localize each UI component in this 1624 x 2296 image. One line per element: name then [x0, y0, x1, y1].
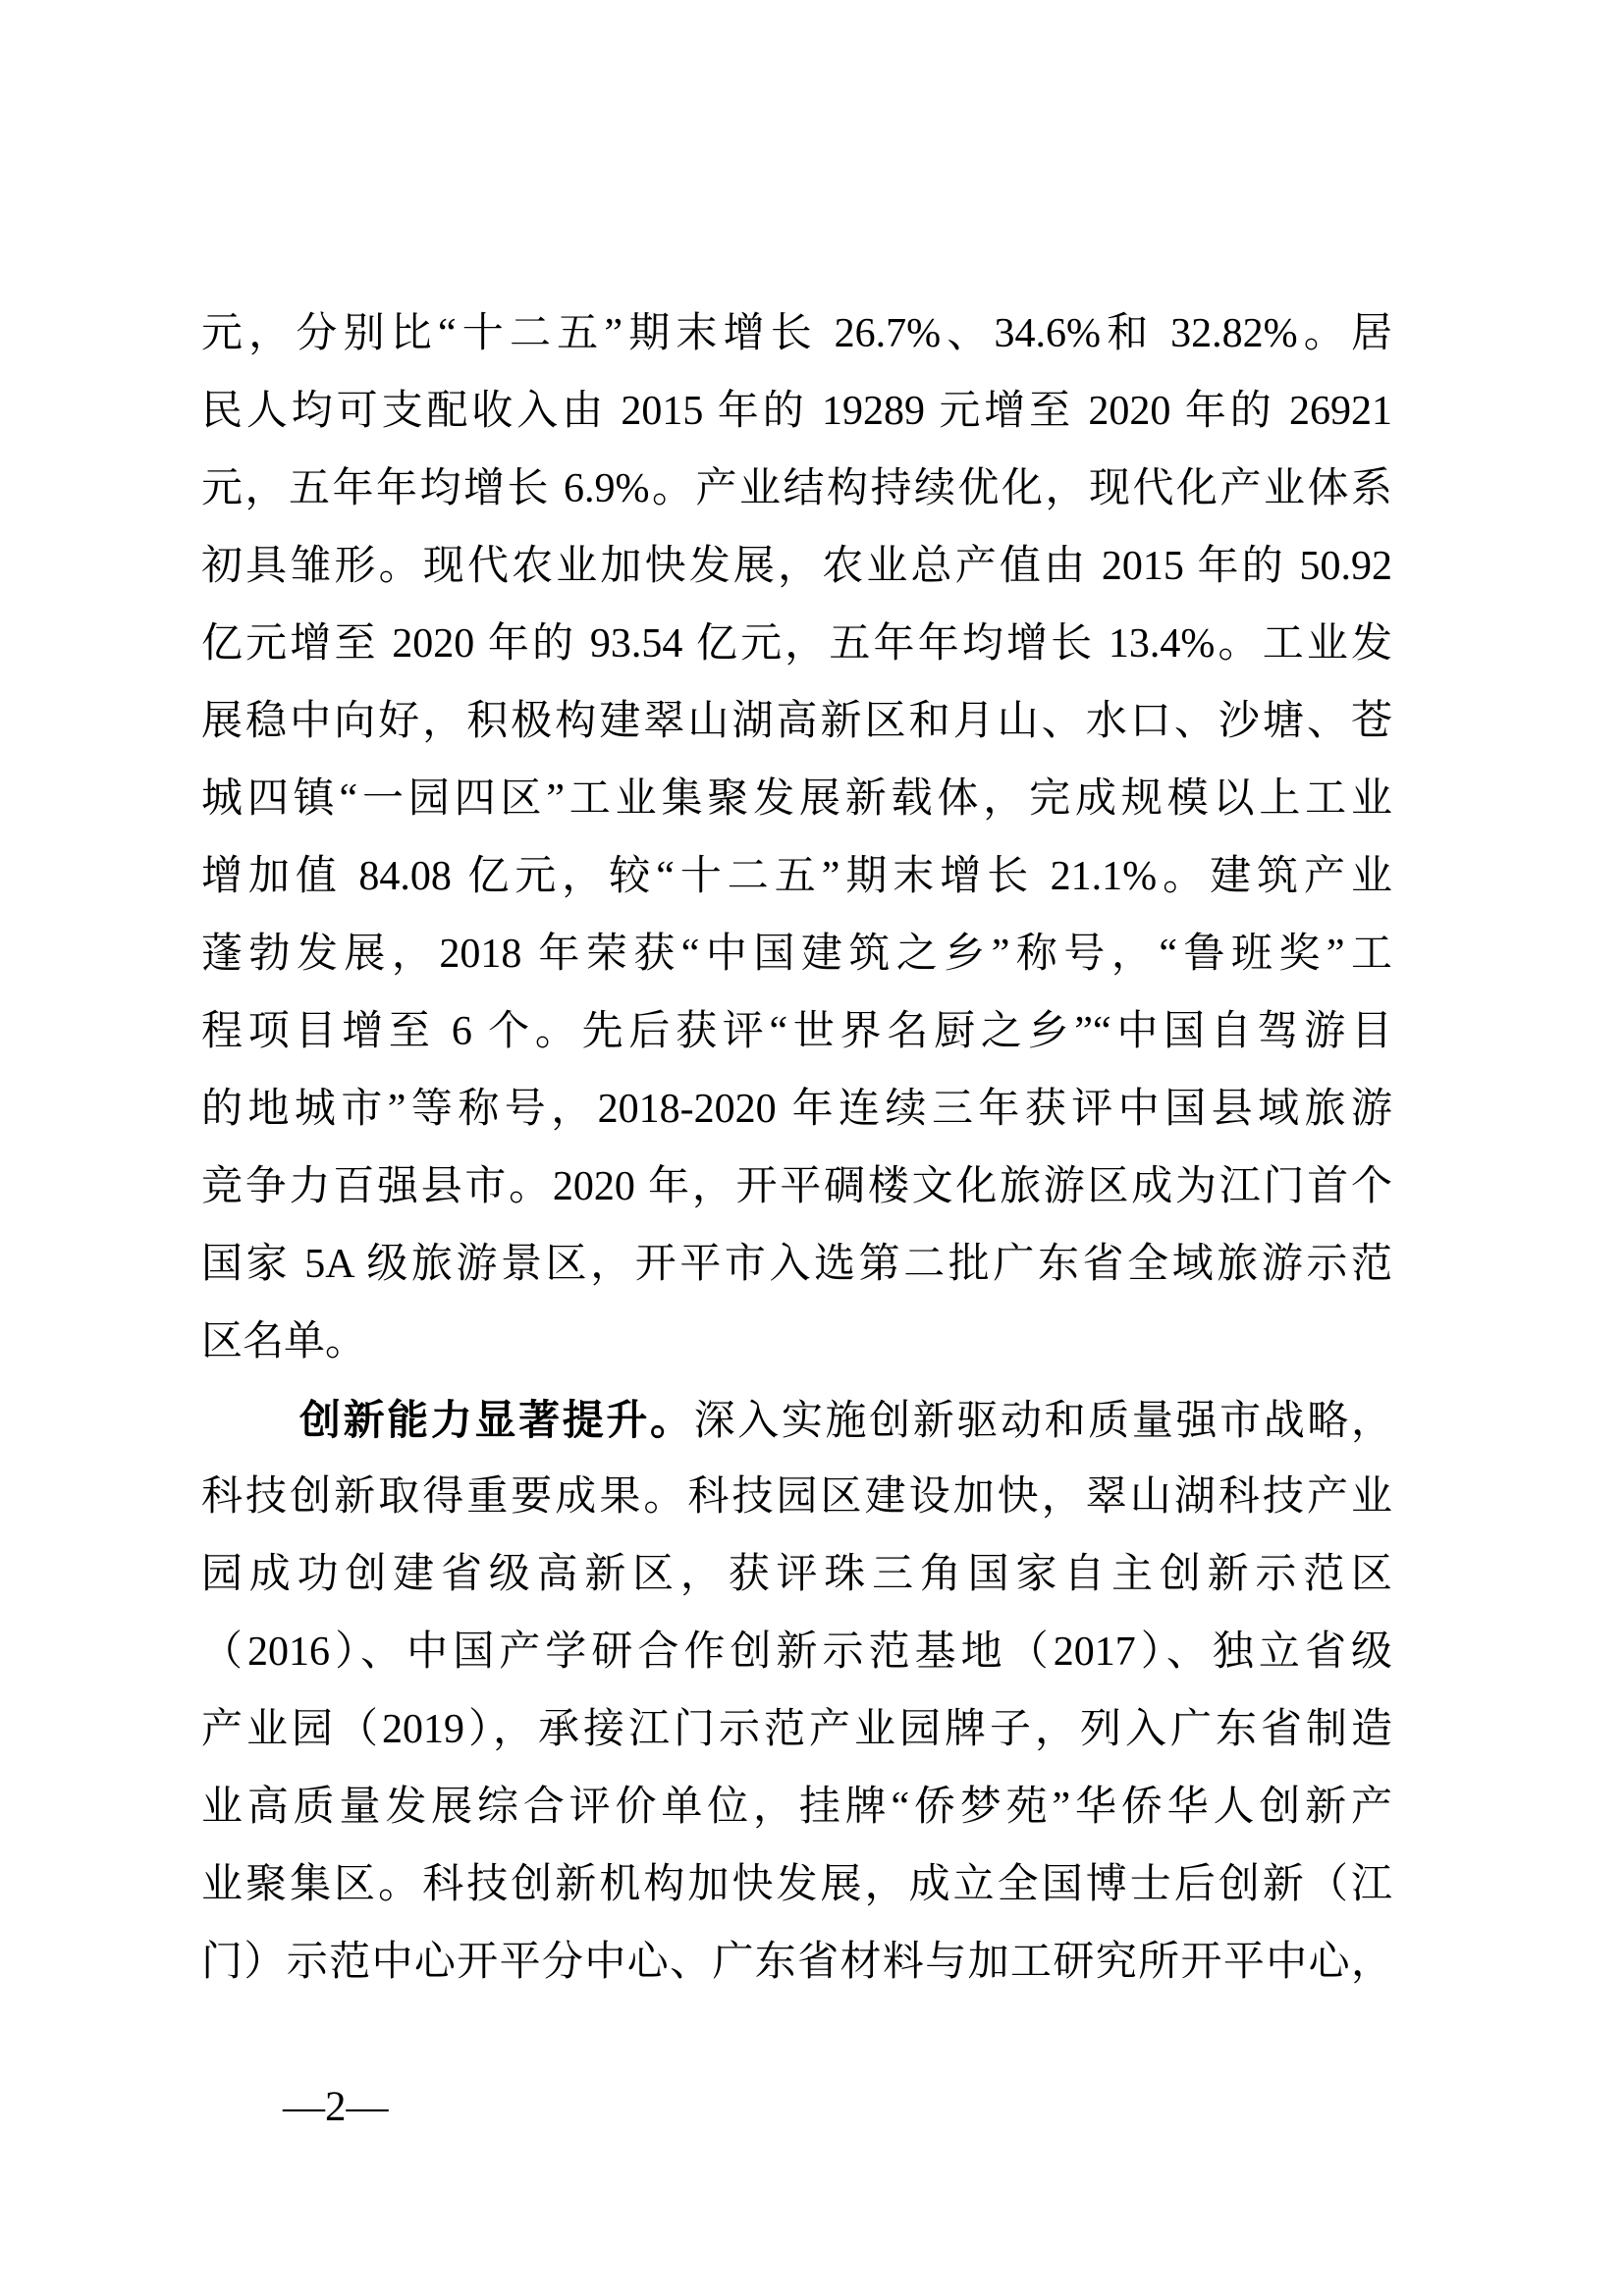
body-text: 竞争力百强县市。2020 年，开平碉楼文化旅游区成为江门首个	[201, 1164, 1392, 1209]
text-line: 的地城市”等称号，2018-2020 年连续三年获评中国县域旅游	[201, 1071, 1392, 1148]
text-line: 元，五年年均增长 6.9%。产业结构持续优化，现代化产业体系	[201, 451, 1392, 528]
text-line: 区名单。	[201, 1304, 1392, 1381]
body-text: 初具雏形。现代农业加快发展，农业总产值由 2015 年的 50.92	[201, 544, 1392, 589]
text-line: 创新能力显著提升。深入实施创新驱动和质量强市战略，	[201, 1381, 1392, 1459]
body-text: 增加值 84.08 亿元，较“十二五”期末增长 21.1%。建筑产业	[201, 854, 1392, 899]
page-number: —2—	[283, 2083, 389, 2132]
body-text: 元，分别比“十二五”期末增长 26.7%、34.6%和 32.82%。居	[201, 311, 1392, 356]
body-text: 的地城市”等称号，2018-2020 年连续三年获评中国县域旅游	[201, 1087, 1392, 1132]
body-text: 元，五年年均增长 6.9%。产业结构持续优化，现代化产业体系	[201, 466, 1392, 511]
text-line: 门）示范中心开平分中心、广东省材料与加工研究所开平中心，	[201, 1924, 1392, 2002]
body-text: 国家 5A 级旅游景区，开平市入选第二批广东省全域旅游示范	[201, 1242, 1392, 1287]
body-text: 区名单。	[201, 1319, 366, 1364]
text-line: 业聚集区。科技创新机构加快发展，成立全国博士后创新（江	[201, 1846, 1392, 1924]
text-line: 科技创新取得重要成果。科技园区建设加快，翠山湖科技产业	[201, 1459, 1392, 1536]
body-text: 民人均可支配收入由 2015 年的 19289 元增至 2020 年的 2692…	[201, 389, 1392, 434]
text-line: 园成功创建省级高新区，获评珠三角国家自主创新示范区	[201, 1536, 1392, 1614]
body-text: 园成功创建省级高新区，获评珠三角国家自主创新示范区	[201, 1552, 1392, 1597]
text-line: 程项目增至 6 个。先后获评“世界名厨之乡”“中国自驾游目	[201, 993, 1392, 1071]
body-text: 产业园（2019），承接江门示范产业园牌子，列入广东省制造	[201, 1707, 1392, 1752]
body-text: 展稳中向好，积极构建翠山湖高新区和月山、水口、沙塘、苍	[201, 699, 1392, 744]
text-line: 业高质量发展综合评价单位，挂牌“侨梦苑”华侨华人创新产	[201, 1769, 1392, 1846]
body-text: （2016）、中国产学研合作创新示范基地（2017）、独立省级	[201, 1629, 1392, 1675]
body-text: 业聚集区。科技创新机构加快发展，成立全国博士后创新（江	[201, 1862, 1392, 1907]
text-line: 增加值 84.08 亿元，较“十二五”期末增长 21.1%。建筑产业	[201, 838, 1392, 916]
text-line: 元，分别比“十二五”期末增长 26.7%、34.6%和 32.82%。居	[201, 295, 1392, 373]
document-page: 元，分别比“十二五”期末增长 26.7%、34.6%和 32.82%。居民人均可…	[0, 0, 1624, 2296]
body-text: 深入实施创新驱动和质量强市战略，	[694, 1399, 1392, 1444]
text-line: 城四镇“一园四区”工业集聚发展新载体，完成规模以上工业	[201, 761, 1392, 838]
text-line: 国家 5A 级旅游景区，开平市入选第二批广东省全域旅游示范	[201, 1226, 1392, 1304]
body-text: 科技创新取得重要成果。科技园区建设加快，翠山湖科技产业	[201, 1474, 1392, 1520]
text-line: （2016）、中国产学研合作创新示范基地（2017）、独立省级	[201, 1614, 1392, 1691]
body-text: 蓬勃发展，2018 年荣获“中国建筑之乡”称号，“鲁班奖”工	[201, 932, 1392, 977]
body-text: 城四镇“一园四区”工业集聚发展新载体，完成规模以上工业	[201, 776, 1392, 822]
text-line: 初具雏形。现代农业加快发展，农业总产值由 2015 年的 50.92	[201, 528, 1392, 606]
text-line: 亿元增至 2020 年的 93.54 亿元，五年年均增长 13.4%。工业发	[201, 606, 1392, 683]
text-line: 蓬勃发展，2018 年荣获“中国建筑之乡”称号，“鲁班奖”工	[201, 916, 1392, 993]
body-text: 业高质量发展综合评价单位，挂牌“侨梦苑”华侨华人创新产	[201, 1785, 1392, 1830]
body-text: 程项目增至 6 个。先后获评“世界名厨之乡”“中国自驾游目	[201, 1009, 1392, 1054]
text-line: 产业园（2019），承接江门示范产业园牌子，列入广东省制造	[201, 1691, 1392, 1769]
body-text: 亿元增至 2020 年的 93.54 亿元，五年年均增长 13.4%。工业发	[201, 621, 1392, 667]
text-line: 民人均可支配收入由 2015 年的 19289 元增至 2020 年的 2692…	[201, 373, 1392, 451]
text-line: 竞争力百强县市。2020 年，开平碉楼文化旅游区成为江门首个	[201, 1148, 1392, 1226]
text-block: 元，分别比“十二五”期末增长 26.7%、34.6%和 32.82%。居民人均可…	[201, 295, 1392, 2002]
body-text: 门）示范中心开平分中心、广东省材料与加工研究所开平中心，	[201, 1940, 1392, 1985]
bold-lead-text: 创新能力显著提升。	[299, 1397, 694, 1443]
text-line: 展稳中向好，积极构建翠山湖高新区和月山、水口、沙塘、苍	[201, 683, 1392, 761]
